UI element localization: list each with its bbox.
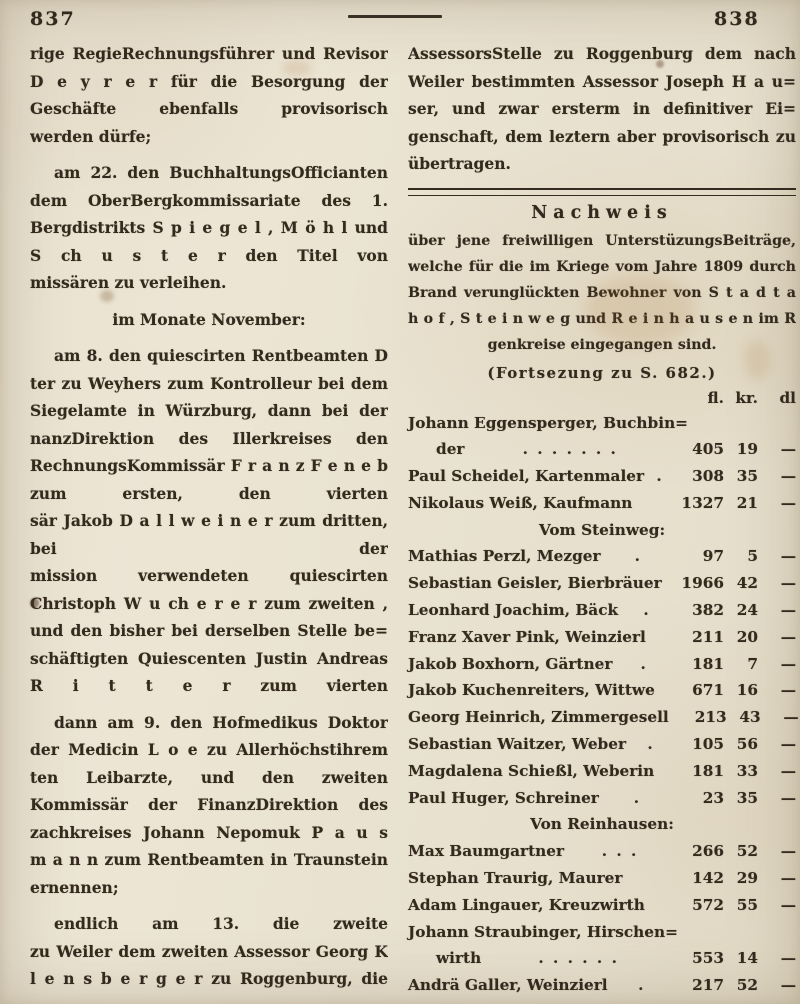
amount-dl: — xyxy=(758,838,796,865)
table-row: Georg Heinrich, Zimmergesell21343— xyxy=(408,704,796,731)
line-gap xyxy=(30,297,388,306)
amount-fl: 266 xyxy=(676,838,724,865)
contributor-name: Adam Lingauer, Kreuzwirth xyxy=(408,892,645,919)
contributor-name: der xyxy=(408,436,465,463)
line-gap xyxy=(30,333,388,342)
text-line: dem OberBergkommissariate des 1. Haupt= xyxy=(30,187,388,215)
contributions-table: Johann Eggensperger, Buchbin=der. . . . … xyxy=(408,410,796,1000)
amount-kr: 35 xyxy=(724,785,758,812)
amount-dl: — xyxy=(758,570,796,597)
table-row: Sebastian Waitzer, Weber.10556— xyxy=(408,731,796,758)
amount-dl: — xyxy=(758,597,796,624)
table-row: Max Baumgartner. . .26652— xyxy=(408,838,796,865)
contributor-name: Jakob Kuchenreiters, Wittwe xyxy=(408,677,655,704)
table-row: Andrä Galler, Weinzierl.21752— xyxy=(408,972,796,999)
amount-kr: 43 xyxy=(727,704,761,731)
amount-kr: 29 xyxy=(724,865,758,892)
text-line: zu Weiler dem zweiten Assessor Georg K ö… xyxy=(30,938,388,966)
text-line: ter zu Weyhers zum Kontrolleur bei dem xyxy=(30,370,388,398)
leader-dots: . xyxy=(601,543,676,570)
contributor-name: Jakob Boxhorn, Gärtner xyxy=(408,651,612,678)
amount-dl: — xyxy=(758,865,796,892)
table-header-spacer xyxy=(408,386,676,410)
leader-dots xyxy=(669,704,679,731)
amount-kr: 21 xyxy=(724,490,758,517)
header-rule xyxy=(348,15,442,18)
table-row: Adam Lingauer, Kreuzwirth57255— xyxy=(408,892,796,919)
text-line: ernennen; xyxy=(30,874,388,902)
contributor-name: Paul Scheidel, Kartenmaler xyxy=(408,463,644,490)
amount-kr: 55 xyxy=(724,892,758,919)
contributor-name: Max Baumgartner xyxy=(408,838,564,865)
leader-dots xyxy=(662,570,676,597)
line-gap xyxy=(30,700,388,709)
amount-dl: — xyxy=(758,972,796,999)
contributor-name: Sebastian Waitzer, Weber xyxy=(408,731,626,758)
leader-dots: . xyxy=(608,972,676,999)
contributor-name: Andrä Galler, Weinzierl xyxy=(408,972,608,999)
section-intro: über jene freiwilligen UnterstüzungsBeit… xyxy=(408,228,796,358)
amount-dl: — xyxy=(758,758,796,785)
table-row: der. . . . . . .40519— xyxy=(408,436,796,463)
amount-kr: 52 xyxy=(724,972,758,999)
table-row: Magdalena Schießl, Weberin18133— xyxy=(408,758,796,785)
leader-dots xyxy=(654,758,676,785)
amount-fl: 308 xyxy=(676,463,724,490)
text-line: der Medicin L o e zu Allerhöchstihrem zw… xyxy=(30,736,388,764)
table-row: Mathias Perzl, Mezger.975— xyxy=(408,543,796,570)
contributor-name: Franz Xaver Pink, Weinzierl xyxy=(408,624,646,651)
text-line: über jene freiwilligen UnterstüzungsBeit… xyxy=(408,228,796,254)
amount-kr: 24 xyxy=(724,597,758,624)
leader-dots: . xyxy=(599,785,676,812)
amount-dl: — xyxy=(758,624,796,651)
amount-fl: 405 xyxy=(676,436,724,463)
scanned-gazette-page: 837 838 rige RegieRechnungsführer und Re… xyxy=(0,0,800,1004)
text-line: mission verwendeten quiescirten Friedric… xyxy=(30,562,388,590)
text-line: endlich am 13. die zweite AssessorsStell… xyxy=(30,910,388,938)
amount-fl: 382 xyxy=(676,597,724,624)
leader-dots: . xyxy=(626,731,676,758)
amount-fl: 181 xyxy=(676,758,724,785)
leader-dots: . . . xyxy=(564,838,676,865)
text-line: im Monate November: xyxy=(30,306,388,334)
text-line: am 22. den BuchhaltungsOfficianten bei xyxy=(30,159,388,187)
leader-dots: . . . . . . xyxy=(481,945,676,972)
text-line: schäftigten Quiescenten Justin Andreas xyxy=(30,645,388,673)
text-line: übertragen. xyxy=(408,150,796,178)
text-line: genschaft, dem leztern aber provisorisch… xyxy=(408,123,796,151)
contributor-name: Mathias Perzl, Mezger xyxy=(408,543,601,570)
amount-fl: 1327 xyxy=(676,490,724,517)
table-row: wirth. . . . . .55314— xyxy=(408,945,796,972)
contributor-name: Nikolaus Weiß, Kaufmann xyxy=(408,490,632,517)
text-line: zum ersten, den vierten RechnungsKommis= xyxy=(30,480,388,508)
text-line: RechnungsKommissär F r a n z F e n e b e… xyxy=(30,452,388,480)
left-text-column: rige RegieRechnungsführer und RevisorD e… xyxy=(30,40,388,993)
leader-dots: . xyxy=(618,597,676,624)
table-row: Jakob Boxhorn, Gärtner.1817— xyxy=(408,651,796,678)
text-line: ser, und zwar ersterm in definitiver Ei= xyxy=(408,95,796,123)
text-line: werden dürfe; xyxy=(30,123,388,151)
contributor-name: Leonhard Joachim, Bäck xyxy=(408,597,618,624)
text-line: Kommissär der FinanzDirektion des Sal= xyxy=(30,791,388,819)
table-row: Jakob Kuchenreiters, Wittwe67116— xyxy=(408,677,796,704)
text-line: Bergdistrikts S p i e g e l , M ö h l un… xyxy=(30,214,388,242)
text-line: Brand verunglückten Bewohner von S t a d… xyxy=(408,280,796,306)
amount-fl: 105 xyxy=(676,731,724,758)
leader-dots xyxy=(646,624,676,651)
table-row: Sebastian Geisler, Bierbräuer196642— xyxy=(408,570,796,597)
amount-dl: — xyxy=(758,677,796,704)
text-line: S ch u s t e r den Titel von RechnungsKo… xyxy=(30,242,388,270)
text-line: rige RegieRechnungsführer und Revisor xyxy=(30,40,388,68)
amount-fl: 23 xyxy=(676,785,724,812)
amount-dl: — xyxy=(758,651,796,678)
amount-kr: 35 xyxy=(724,463,758,490)
amount-kr: 52 xyxy=(724,838,758,865)
line-gap xyxy=(30,150,388,159)
amount-kr: 5 xyxy=(724,543,758,570)
amount-kr: 7 xyxy=(724,651,758,678)
text-line: l e n s b e r g e r zu Roggenburg, die z… xyxy=(30,965,388,993)
leader-dots: . xyxy=(612,651,676,678)
contributor-name: Sebastian Geisler, Bierbräuer xyxy=(408,570,662,597)
amount-fl: 553 xyxy=(676,945,724,972)
page-number-right: 838 xyxy=(714,8,760,30)
text-line: welche für die im Kriege vom Jahre 1809 … xyxy=(408,254,796,280)
table-subheader: Von Reinhausen: xyxy=(408,811,796,838)
amount-fl: 97 xyxy=(676,543,724,570)
page-number-left: 837 xyxy=(30,8,76,30)
amount-fl: 213 xyxy=(679,704,727,731)
table-row: Paul Huger, Schreiner.2335— xyxy=(408,785,796,812)
amount-kr: 14 xyxy=(724,945,758,972)
contributor-name: Paul Huger, Schreiner xyxy=(408,785,599,812)
amount-kr: 20 xyxy=(724,624,758,651)
text-line: und den bisher bei derselben Stelle be= xyxy=(30,617,388,645)
text-line: genkreise eingegangen sind. xyxy=(408,332,796,358)
table-column-headers: fl. kr. dl xyxy=(408,386,796,410)
amount-fl: 671 xyxy=(676,677,724,704)
text-line: R i t t e r zum vierten RechnungsKommiss… xyxy=(30,672,388,700)
contributor-name-wrap: Johann Straubinger, Hirschen= xyxy=(408,919,796,946)
text-line: am 8. den quiescirten Rentbeamten D o t= xyxy=(30,342,388,370)
amount-dl: — xyxy=(758,463,796,490)
amount-fl: 142 xyxy=(676,865,724,892)
section-title: Nachweis xyxy=(408,198,796,228)
left-column-text: rige RegieRechnungsführer und RevisorD e… xyxy=(30,40,388,993)
amount-fl: 181 xyxy=(676,651,724,678)
column-header-fl: fl. xyxy=(676,386,724,410)
amount-dl: — xyxy=(758,436,796,463)
text-line: m a n n zum Rentbeamten in Traunstein zu xyxy=(30,846,388,874)
amount-fl: 1966 xyxy=(676,570,724,597)
text-line: ten Leibarzte, und den zweiten Rechnungs xyxy=(30,764,388,792)
table-row: Stephan Traurig, Maurer14229— xyxy=(408,865,796,892)
right-column-text: AssessorsStelle zu Roggenburg dem nachWe… xyxy=(408,40,796,178)
text-line: dann am 9. den Hofmedikus Doktor xyxy=(30,709,388,737)
text-line: Siegelamte in Würzburg, dann bei der Fi= xyxy=(30,397,388,425)
text-line: nanzDirektion des Illerkreises den zweit… xyxy=(30,425,388,453)
line-gap xyxy=(30,901,388,910)
column-header-kr: kr. xyxy=(724,386,758,410)
table-row: Leonhard Joachim, Bäck.38224— xyxy=(408,597,796,624)
leader-dots: . xyxy=(644,463,676,490)
leader-dots xyxy=(655,677,676,704)
text-line: sär Jakob D a l l w e i n e r zum dritte… xyxy=(30,507,388,535)
column-header-dl: dl xyxy=(758,386,796,410)
contributor-name: Georg Heinrich, Zimmergesell xyxy=(408,704,669,731)
leader-dots xyxy=(645,892,676,919)
right-text-column: AssessorsStelle zu Roggenburg dem nachWe… xyxy=(408,40,796,999)
amount-dl: — xyxy=(758,785,796,812)
text-line: bei der CentralRetardatenRechnungsKom= xyxy=(30,535,388,563)
amount-dl: — xyxy=(758,731,796,758)
continuation-note: (Fortsezung zu S. 682.) xyxy=(408,360,796,386)
text-line: AssessorsStelle zu Roggenburg dem nach xyxy=(408,40,796,68)
table-row: Franz Xaver Pink, Weinzierl21120— xyxy=(408,624,796,651)
text-line: missären zu verleihen. xyxy=(30,269,388,297)
leader-dots xyxy=(632,490,676,517)
amount-fl: 572 xyxy=(676,892,724,919)
amount-kr: 33 xyxy=(724,758,758,785)
text-line: h o f , S t e i n w e g und R e i n h a … xyxy=(408,306,796,332)
text-line: D e y r e r für die Besorgung der Kassie… xyxy=(30,68,388,96)
text-line: Weiler bestimmten Assessor Joseph H a u= xyxy=(408,68,796,96)
amount-fl: 211 xyxy=(676,624,724,651)
amount-fl: 217 xyxy=(676,972,724,999)
text-line: Christoph W u ch e r e r zum zweiten , xyxy=(30,590,388,618)
amount-kr: 19 xyxy=(724,436,758,463)
amount-dl: — xyxy=(758,945,796,972)
amount-kr: 42 xyxy=(724,570,758,597)
amount-dl: — xyxy=(758,892,796,919)
leader-dots xyxy=(622,865,676,892)
amount-dl: — xyxy=(758,490,796,517)
amount-kr: 16 xyxy=(724,677,758,704)
text-line: zachkreises Johann Nepomuk P a u s ch= xyxy=(30,819,388,847)
amount-dl: — xyxy=(761,704,799,731)
table-row: Paul Scheidel, Kartenmaler.30835— xyxy=(408,463,796,490)
contributor-name: Stephan Traurig, Maurer xyxy=(408,865,622,892)
contributor-name-wrap: Johann Eggensperger, Buchbin= xyxy=(408,410,796,437)
table-subheader: Vom Steinweg: xyxy=(408,517,796,544)
contributor-name: Magdalena Schießl, Weberin xyxy=(408,758,654,785)
section-divider-rule xyxy=(408,188,796,196)
table-row: Nikolaus Weiß, Kaufmann132721— xyxy=(408,490,796,517)
amount-kr: 56 xyxy=(724,731,758,758)
amount-dl: — xyxy=(758,543,796,570)
text-line: Geschäfte ebenfalls provisorisch verwend… xyxy=(30,95,388,123)
leader-dots: . . . . . . . xyxy=(465,436,677,463)
contributor-name: wirth xyxy=(408,945,481,972)
